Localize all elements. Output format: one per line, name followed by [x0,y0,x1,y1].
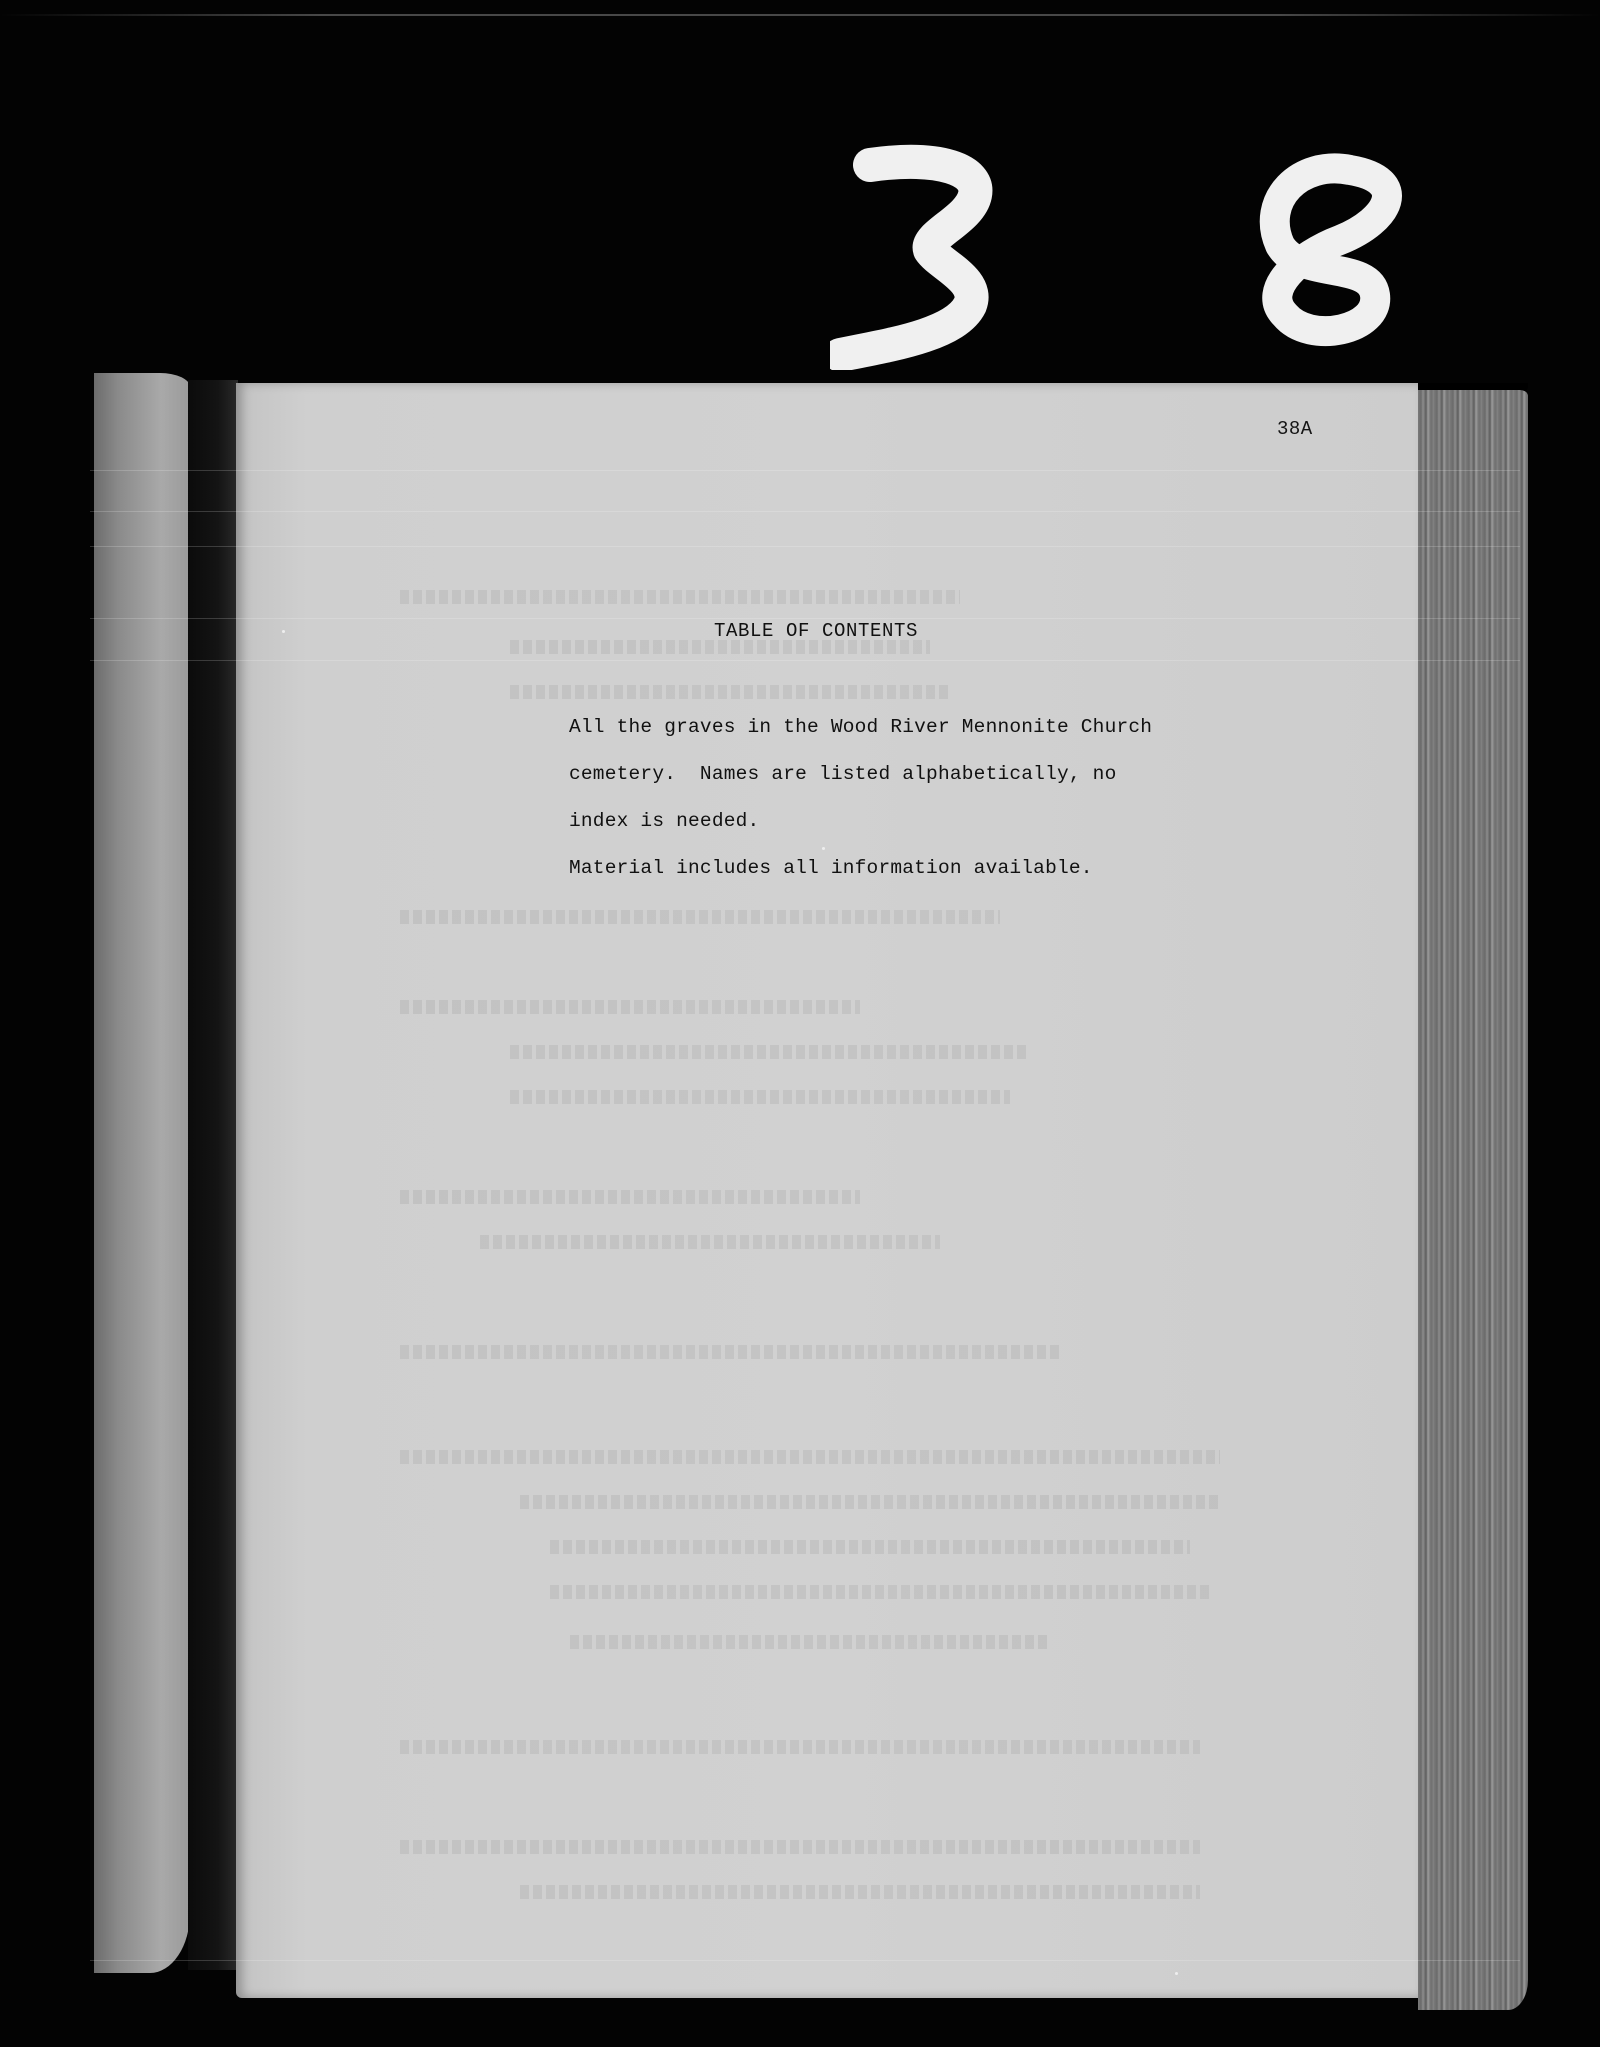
digit-8-glyph [1275,168,1387,331]
film-edge-line [0,14,1600,16]
scan-streak [90,470,1520,471]
description-line: index is needed. [569,810,1269,857]
scan-streak [90,618,1520,619]
description-line: cemetery. Names are listed alphabeticall… [569,763,1269,810]
scan-streak [90,546,1520,547]
scan-streak [90,511,1520,512]
scan-streak [90,660,1520,661]
toc-description: All the graves in the Wood River Mennoni… [569,716,1269,904]
digit-3-glyph [840,162,975,355]
dust-speck [1175,1972,1178,1975]
scan-streak [90,1960,1520,1961]
left-page-edge [94,373,190,1973]
dust-speck [822,847,825,850]
frame-number-glyphs [830,140,1450,370]
dust-speck [282,630,285,633]
page-title: TABLE OF CONTENTS [714,620,918,642]
page-number: 38A [1277,418,1313,440]
page-stack-edge [1418,390,1528,2010]
microfilm-frame: 38A TABLE OF CONTENTS All the graves in … [0,0,1600,2047]
description-line: All the graves in the Wood River Mennoni… [569,716,1269,763]
description-line: Material includes all information availa… [569,857,1269,904]
handwritten-frame-number [830,140,1450,370]
